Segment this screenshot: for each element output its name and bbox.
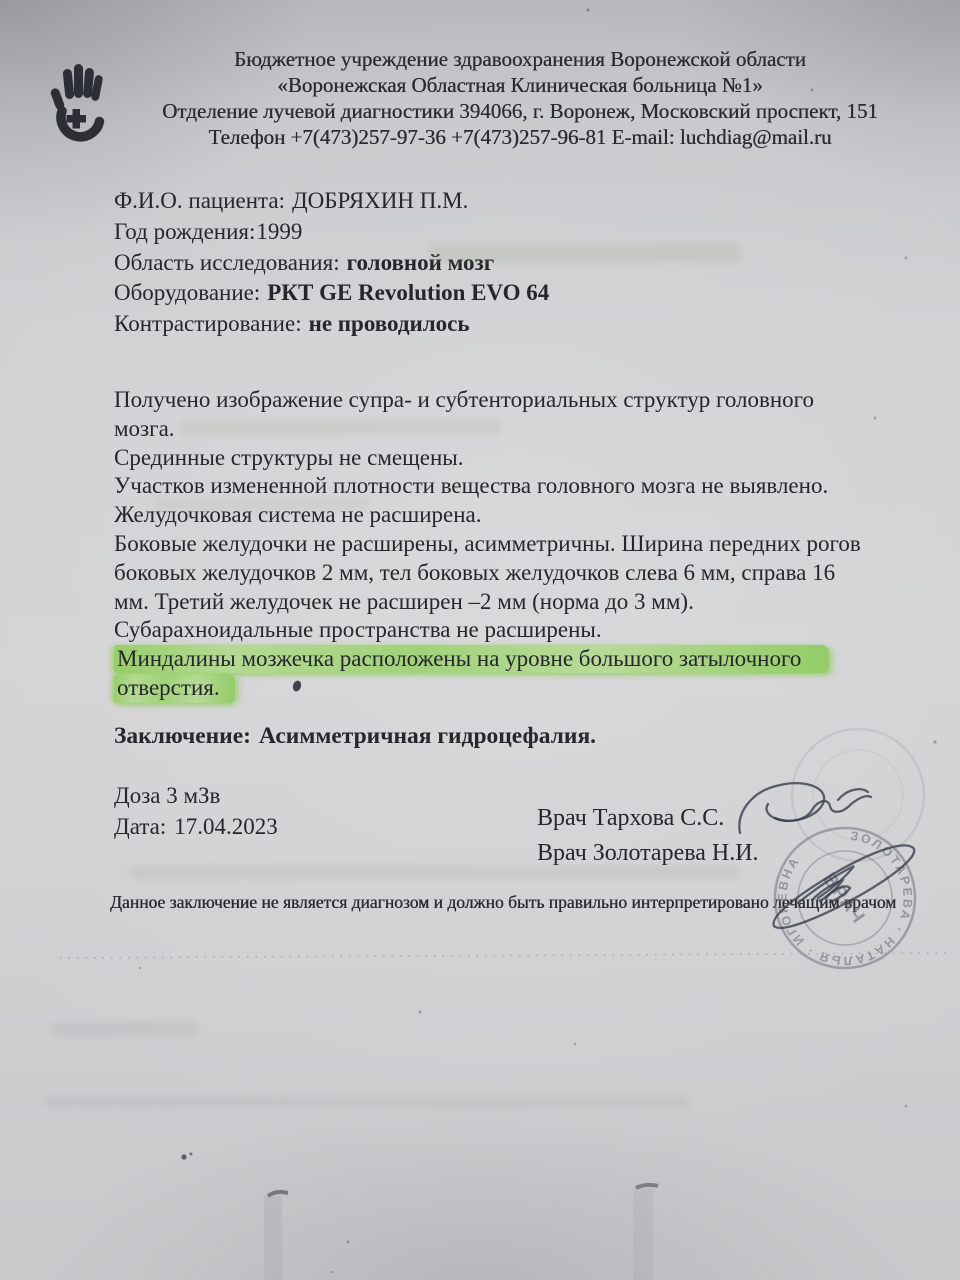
conclusion-value: Асимметричная гидроцефалия.	[259, 723, 596, 749]
finding-line-highlighted: отверстия.	[114, 674, 861, 703]
finding-line: Участков измененной плотности вещества г…	[114, 472, 861, 501]
green-marker-highlight: Миндалины мозжечка расположены на уровне…	[114, 645, 829, 673]
contrast-row: Контрастирование:не проводилось	[114, 309, 549, 340]
finding-line-highlighted: Миндалины мозжечка расположены на уровне…	[114, 645, 861, 674]
org-address-line: Отделение лучевой диагностики 394066, г.…	[128, 98, 912, 124]
doctor-line-1: Врач Тархова С.С.	[537, 805, 724, 832]
patient-name-value: ДОБРЯХИН П.М.	[292, 188, 468, 213]
hand-with-cross-icon	[50, 62, 110, 150]
doctor1-signature	[739, 783, 871, 833]
bleed-through-smudge	[52, 1022, 197, 1037]
patient-name-label: Ф.И.О. пациента:	[114, 188, 285, 213]
bleed-through-smudge	[155, 498, 370, 511]
date-value: 17.04.2023	[174, 814, 278, 839]
birth-year-value: 1999	[256, 219, 302, 244]
study-area-label: Область исследования:	[114, 250, 340, 275]
birth-year-label: Год рождения:	[114, 219, 255, 244]
conclusion-label: Заключение:	[114, 723, 251, 749]
conclusion-row: Заключение:Асимметричная гидроцефалия.	[114, 723, 596, 750]
bleed-through-smudge	[180, 420, 500, 435]
ct-report-photo: Бюджетное учреждение здравоохранения Вор…	[0, 0, 960, 1280]
org-name-line1: Бюджетное учреждение здравоохранения Вор…	[128, 46, 912, 72]
birth-year-row: Год рождения:1999	[114, 217, 549, 248]
finding-line: Субарахноидальные пространства не расшир…	[114, 616, 861, 645]
org-name-line2: «Воронежская Областная Клиническая больн…	[128, 72, 912, 98]
finding-line: Срединные структуры не смещены.	[114, 444, 861, 473]
finding-line: боковых желудочков 2 мм, тел боковых жел…	[114, 559, 861, 588]
date-label: Дата:	[114, 814, 166, 839]
contrast-value: не проводилось	[309, 311, 470, 336]
dose-row: Доза 3 мЗв	[114, 783, 220, 809]
equipment-label: Оборудование:	[114, 280, 260, 305]
doctor2-signature	[774, 845, 915, 927]
patient-info: Ф.И.О. пациента:ДОБРЯХИН П.М. Год рожден…	[114, 186, 549, 340]
patient-name-row: Ф.И.О. пациента:ДОБРЯХИН П.М.	[114, 186, 549, 217]
org-header: Бюджетное учреждение здравоохранения Вор…	[128, 46, 912, 150]
doctor-line-2: Врач Золотарева Н.И.	[537, 840, 759, 867]
bleed-through-smudge	[45, 1096, 690, 1108]
faint-stamp-ghost	[792, 729, 924, 861]
bleed-through-smudge	[430, 244, 740, 262]
green-marker-highlight: отверстия.	[114, 674, 235, 703]
finding-line: мм. Третий желудочек не расширен –2 мм (…	[114, 588, 861, 617]
equipment-value: РКТ GE Revolution EVO 64	[267, 280, 549, 305]
dose-label: Доза	[114, 783, 160, 808]
finding-line: Получено изображение супра- и субтентори…	[114, 386, 861, 415]
bleed-through-smudge	[130, 866, 740, 879]
contrast-label: Контрастирование:	[114, 311, 302, 336]
disclaimer-text: Данное заключение не является диагнозом …	[110, 892, 896, 913]
dose-value: 3 мЗв	[166, 783, 220, 808]
equipment-row: Оборудование:РКТ GE Revolution EVO 64	[114, 278, 549, 309]
finding-line: Боковые желудочки не расширены, асимметр…	[114, 530, 861, 559]
date-row: Дата:17.04.2023	[114, 814, 278, 840]
org-contacts-line: Телефон +7(473)257-97-36 +7(473)257-96-8…	[128, 124, 912, 150]
